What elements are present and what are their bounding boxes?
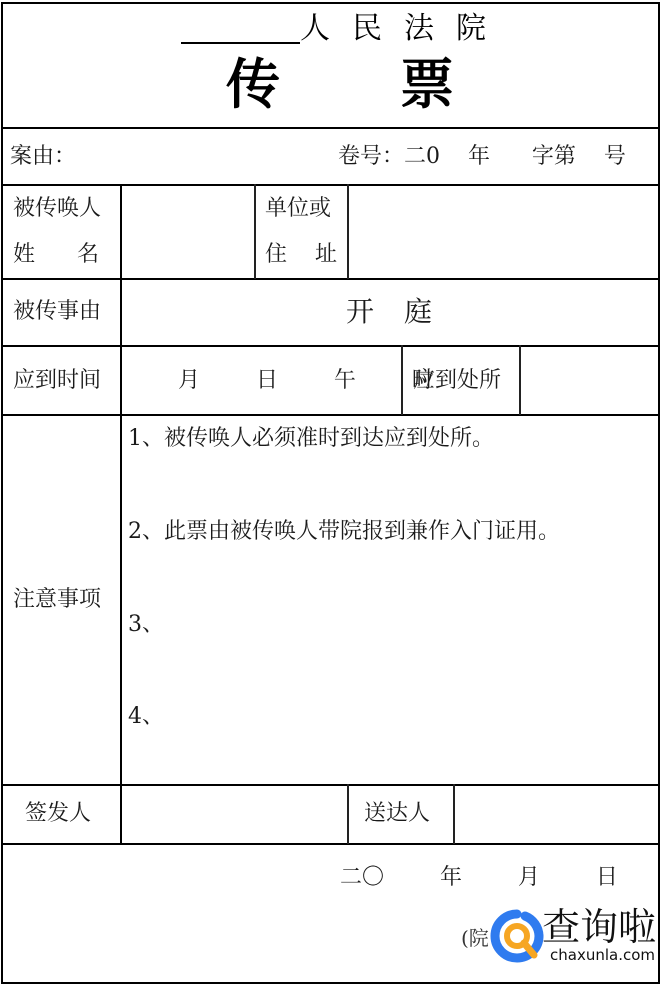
appearance-place-label: 应到处所 [413, 370, 501, 392]
chaxunla-logo-icon [490, 909, 544, 963]
address-label-line1: 单位或 [265, 198, 331, 220]
summoned-name-field[interactable] [124, 188, 252, 276]
case-cause-label: 案由： [10, 146, 76, 168]
note-item-4[interactable]: 4、 [128, 706, 164, 728]
issue-date[interactable]: 二〇 年 月 日 [340, 867, 618, 889]
divider-label-column [120, 184, 122, 844]
summoned-name-label-line2: 姓 名 [13, 244, 99, 266]
appearance-place-field[interactable] [523, 350, 656, 412]
note-item-3[interactable]: 3、 [128, 614, 164, 636]
note-item-1: 1、被传唤人必须准时到达应到处所。 [128, 428, 494, 450]
issuer-label: 签发人 [25, 803, 91, 825]
appearance-time-label: 应到时间 [13, 370, 101, 392]
case-cause-field[interactable] [70, 140, 320, 174]
divider-address-value [347, 184, 349, 279]
divider-reason-row [1, 345, 660, 347]
divider-time-row [1, 414, 660, 416]
chaxunla-watermark: (院 查询啦 chaxunla.com [470, 906, 655, 972]
watermark-brand-name: 查询啦 [542, 908, 656, 946]
divider-notes-row [1, 784, 660, 786]
address-field[interactable] [351, 188, 656, 276]
note-item-2: 2、此票由被传唤人带院报到兼作入门证用。 [128, 521, 560, 543]
summons-reason-value: 开庭 [346, 298, 462, 326]
watermark-domain: chaxunla.com [550, 948, 655, 963]
divider-summoned-row [1, 278, 660, 280]
issuer-field[interactable] [124, 788, 346, 842]
server-field[interactable] [457, 788, 656, 842]
court-name: 人民法院 [300, 14, 508, 44]
summons-reason-label: 被传事由 [13, 301, 101, 323]
divider-header [1, 127, 660, 129]
court-name-blank-line[interactable] [181, 42, 300, 44]
summoned-name-label-line1: 被传唤人 [13, 198, 101, 220]
divider-issuer-server [347, 784, 349, 844]
divider-place-value [519, 345, 521, 415]
notes-label: 注意事项 [13, 589, 101, 611]
appearance-time-value[interactable]: 月 日 午 时 [178, 370, 434, 392]
divider-name-address [254, 184, 256, 279]
address-label-line2: 住 址 [265, 244, 337, 266]
divider-case-row [1, 184, 660, 186]
divider-server-value [453, 784, 455, 844]
seal-partial-text: (院 [461, 928, 489, 948]
document-title: 传票 [226, 58, 574, 112]
divider-signature-row [1, 843, 660, 845]
docket-number-label: 卷号：二0 年 字第 号 [338, 146, 626, 168]
server-label: 送达人 [364, 803, 430, 825]
